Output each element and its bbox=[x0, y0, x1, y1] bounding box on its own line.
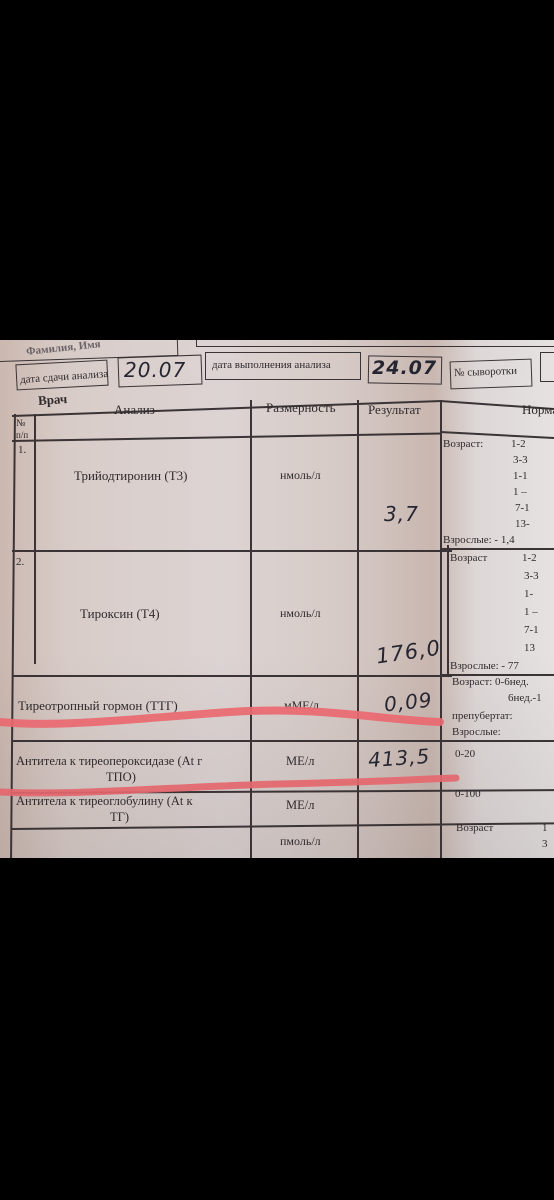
row-6-unit: пмоль/л bbox=[280, 834, 321, 849]
row-2-result[interactable]: 176,0 bbox=[375, 636, 443, 669]
row-4-result[interactable]: 413,5 bbox=[367, 744, 431, 772]
row-6-norm-line: 1 bbox=[542, 822, 548, 834]
row-2-norm-line: 7-1 bbox=[524, 624, 539, 636]
row-6-norm-line: 3 bbox=[542, 838, 548, 850]
row-3-norm-adults: Взрослые: bbox=[452, 726, 501, 738]
row-3-norm-prepubertal: препубертат: bbox=[452, 710, 513, 722]
row-1-unit: нмоль/л bbox=[280, 468, 321, 483]
col-header-result: Результат bbox=[368, 402, 421, 418]
row-5-analysis-line2: ТГ) bbox=[110, 810, 129, 825]
col-header-norm: Норма bbox=[522, 402, 554, 418]
row-5-analysis-line1: Антитела к тиреоглобулину (At к bbox=[16, 794, 193, 809]
row-3-norm-line: 6нед.-1 bbox=[508, 692, 542, 704]
row-1-result[interactable]: 3,7 bbox=[384, 502, 419, 526]
row-sep-norm-1 bbox=[440, 548, 554, 550]
row-2-norm-line: 1-2 bbox=[522, 552, 537, 564]
row-5-result-empty[interactable] bbox=[360, 795, 438, 825]
row-4-analysis-line1: Антитела к тиреопероксидазе (At г bbox=[16, 754, 202, 769]
row-sep-1 bbox=[12, 550, 452, 552]
row-4-analysis-line2: ТПО) bbox=[106, 770, 136, 785]
row-1-norm-adults: Взрослые: - 1,4 bbox=[443, 534, 515, 546]
row-3-result[interactable]: 0,09 bbox=[383, 688, 434, 717]
row-2-num: 2. bbox=[16, 556, 24, 568]
row-2-norm-line: 3-3 bbox=[524, 570, 539, 582]
serum-number-field[interactable] bbox=[540, 352, 554, 382]
col-line-analysis bbox=[34, 414, 36, 664]
completion-date-label: дата выполнения анализа bbox=[212, 359, 331, 371]
col-header-unit: Размерность bbox=[266, 400, 336, 416]
row-sep-2 bbox=[12, 675, 452, 677]
row-6-result-empty[interactable] bbox=[360, 830, 438, 856]
col-header-analysis: Анализ bbox=[114, 402, 155, 418]
row-5-norm: 0-100 bbox=[455, 788, 481, 800]
row-1-num: 1. bbox=[18, 444, 26, 456]
row-2-norm-line: 13 bbox=[524, 642, 535, 654]
row-3-norm-age: Возраст: 0-6нед. bbox=[452, 676, 529, 688]
row-2-unit: нмоль/л bbox=[280, 606, 321, 621]
handwritten-surname-box bbox=[196, 340, 554, 347]
row-4-unit: МЕ/л bbox=[286, 754, 314, 769]
row-2-norm-line: 1 – bbox=[524, 606, 538, 618]
row-3-unit: мМЕ/л bbox=[284, 698, 319, 713]
row-1-norm-line: 1 – bbox=[513, 486, 527, 498]
row-1-norm-line: 7-1 bbox=[515, 502, 530, 514]
row-2-norm-age: Возраст bbox=[450, 552, 487, 564]
row-2-analysis: Тироксин (Т4) bbox=[80, 606, 160, 622]
row-1-norm-line: 13- bbox=[515, 518, 530, 530]
col-line-unit bbox=[250, 400, 252, 858]
row-3-analysis: Тиреотропный гормон (ТТГ) bbox=[18, 698, 178, 714]
completion-date-value: 24.07 bbox=[372, 357, 437, 379]
row-6-norm-age: Возраст bbox=[456, 822, 493, 834]
row-5-unit: МЕ/л bbox=[286, 798, 314, 813]
row-1-norm: Возраст: 1-2 3-3 1-1 1 – 7-1 13- Взрослы… bbox=[443, 434, 554, 546]
row-1-norm-line: 3-3 bbox=[513, 454, 528, 466]
row-4-norm: 0-20 bbox=[455, 748, 475, 760]
col-num-label-2: п/п bbox=[16, 430, 28, 440]
header-bottom-line bbox=[12, 432, 442, 441]
row-2-norm-adults: Взрослые: - 77 bbox=[450, 660, 519, 672]
row-2-norm-line: 1- bbox=[524, 588, 533, 600]
row-1-norm-age: Возраст: bbox=[443, 438, 483, 450]
row-2-norm: Возраст 1-2 3-3 1- 1 – 7-1 13 Взрослые: … bbox=[448, 552, 554, 672]
row-1-norm-line: 1-2 bbox=[511, 438, 526, 450]
lab-report-photo: Фамилия, Имя дата сдачи анализа 20.07 да… bbox=[0, 340, 554, 858]
row-1-analysis: Трийодтиронин (Т3) bbox=[74, 468, 187, 484]
sample-date-value: 20.07 bbox=[124, 358, 186, 382]
doctor-label: Врач bbox=[37, 391, 67, 409]
row-sep-3 bbox=[12, 740, 554, 742]
row-1-norm-line: 1-1 bbox=[513, 470, 528, 482]
serum-number-label: № сыворотки bbox=[454, 365, 517, 379]
row-3-norm: Возраст: 0-6нед. 6нед.-1 препубертат: Вз… bbox=[452, 676, 554, 740]
col-num-label-1: № bbox=[16, 418, 26, 429]
